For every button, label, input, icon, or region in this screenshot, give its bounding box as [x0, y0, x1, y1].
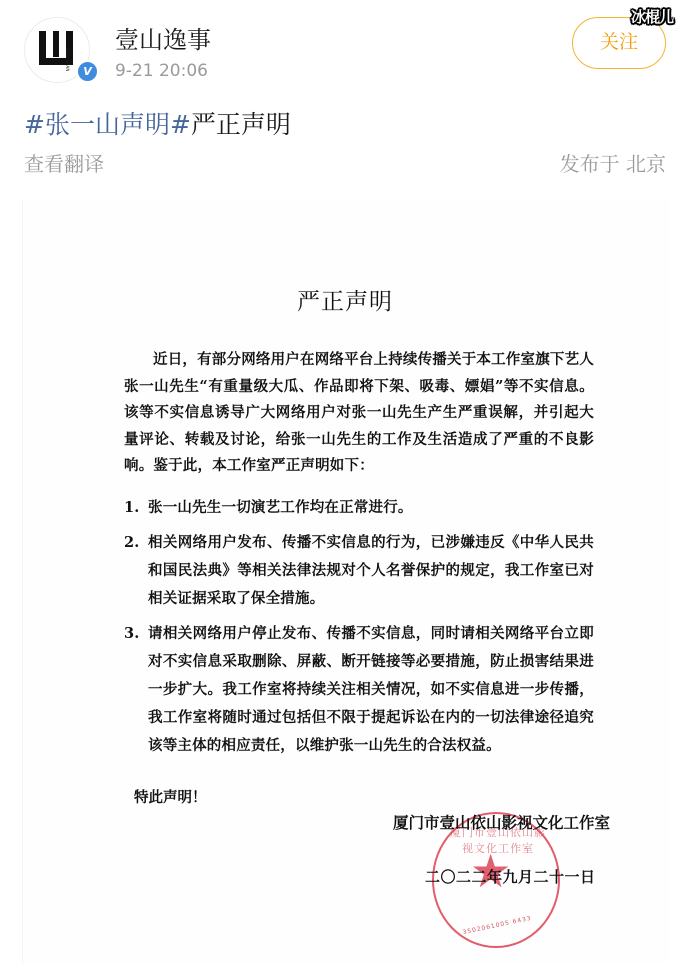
item-text: 请相关网络用户停止发布、传播不实信息，同时请相关网络平台立即对不实信息采取删除、… [148, 620, 594, 760]
document-title: 严正声明 [0, 283, 690, 316]
logo-subtext: NAN SHAN [65, 48, 70, 72]
item-number: 3. [124, 620, 140, 648]
document-item-3: 3. 请相关网络用户停止发布、传播不实信息，同时请相关网络平台立即对不实信息采取… [124, 620, 594, 760]
post-time: 9-21 20:06 [115, 60, 208, 82]
item-text: 相关网络用户发布、传播不实信息的行为，已涉嫌违反《中华人民共和国民法典》等相关法… [148, 529, 594, 613]
item-number: 2. [124, 529, 140, 557]
closing-text: 特此声明！ [134, 786, 207, 807]
user-name[interactable]: 壹山逸事 [115, 25, 211, 55]
hashtag-link[interactable]: #张一山声明# [24, 110, 191, 139]
post-header: NAN SHAN V 壹山逸事 9-21 20:06 关注 冰棍儿 [0, 0, 690, 100]
item-number: 1. [124, 494, 140, 522]
seal-code: 3502061005 6433 [462, 915, 532, 936]
watermark: 冰棍儿 [631, 6, 673, 27]
item-text: 张一山先生一切演艺工作均在正常进行。 [148, 494, 594, 522]
post-text: #张一山声明#严正声明 [24, 108, 291, 142]
signer-name: 厦门市壹山依山影视文化工作室 [393, 811, 610, 833]
post-location: 发布于 北京 [560, 150, 666, 178]
document-item-1: 1. 张一山先生一切演艺工作均在正常进行。 [124, 494, 594, 522]
document-item-2: 2. 相关网络用户发布、传播不实信息的行为，已涉嫌违反《中华人民共和国民法典》等… [124, 529, 594, 613]
document-intro: 近日，有部分网络用户在网络平台上持续传播关于本工作室旗下艺人张一山先生“有重量级… [124, 347, 594, 480]
translate-link[interactable]: 查看翻译 [24, 150, 104, 178]
verified-badge-icon: V [76, 60, 99, 83]
post-body-text: 严正声明 [191, 110, 291, 139]
sign-date: 二〇二二年九月二十一日 [425, 866, 596, 887]
